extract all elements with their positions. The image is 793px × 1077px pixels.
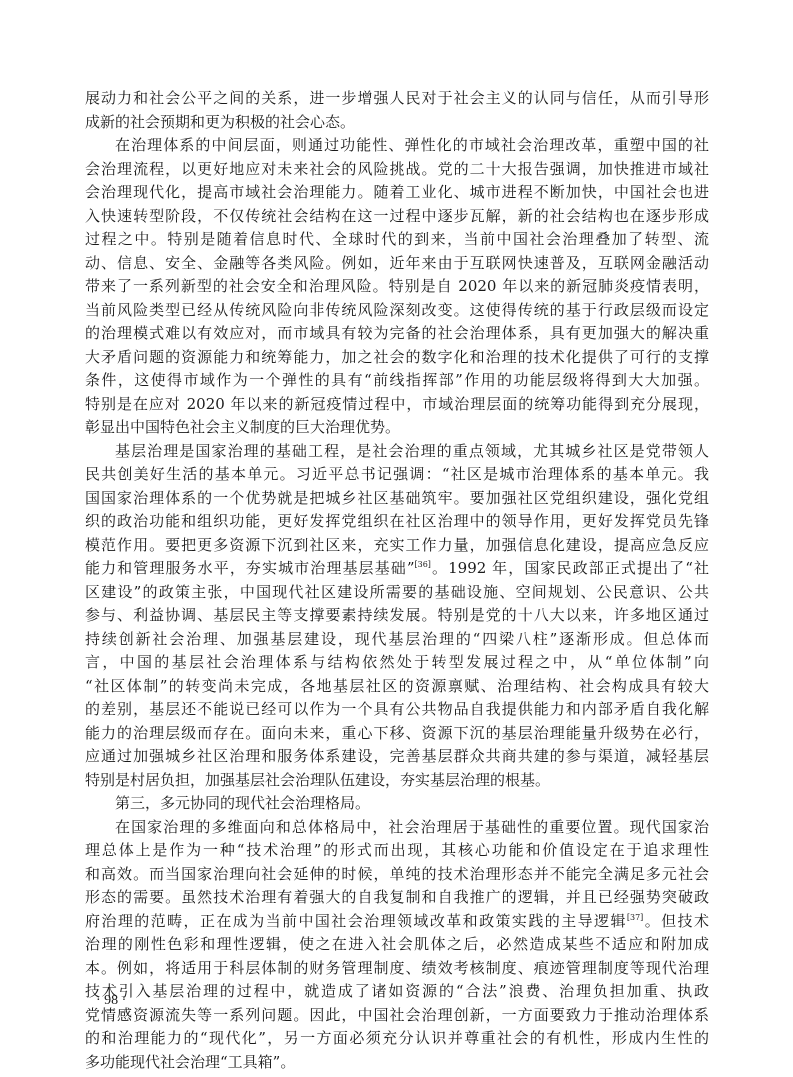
line-text: 会治理现代化，提高市域社会治理能力。随着工业化、城市进程不断加快，中国社会也进 — [85, 183, 709, 201]
line-text: 入快速转型阶段，不仅传统社会结构在这一过程中逐步瓦解，新的社会结构也在逐步形成 — [85, 207, 709, 225]
line-text: 大矛盾问题的资源能力和统筹能力，加之社会的数字化和治理的技术化提供了可行的支撑 — [85, 348, 709, 366]
line-text-tail: 。1992 年，国家民政部正式提出了“社 — [431, 559, 709, 577]
text-line: 应通过加强城乡社区治理和服务体系建设，完善基层群众共商共建的参与渠道，减轻基层 — [85, 745, 709, 769]
text-line: 多功能现代社会治理“工具箱”。 — [85, 1051, 709, 1075]
text-line: 过程之中。特别是随着信息时代、全球时代的到来，当前中国社会治理叠加了转型、流 — [85, 228, 709, 252]
text-line: 成新的社会预期和更为积极的社会心态。 — [85, 111, 709, 135]
page-number: · 98 · — [96, 993, 126, 1009]
text-line: 展动力和社会公平之间的关系，进一步增强人民对于社会主义的认同与信任，从而引导形 — [85, 87, 709, 111]
text-line: 在国家治理的多维面向和总体格局中，社会治理居于基础性的重要位置。现代国家治 — [85, 816, 709, 840]
line-text: 基层治理是国家治理的基础工程，是社会治理的重点领域，尤其城乡社区是党带领人 — [115, 442, 709, 460]
text-line: 会治理流程，以更好地应对未来社会的风险挑战。党的二十大报告强调，加快推进市域社 — [85, 158, 709, 182]
text-line: 党情感资源流失等一系列问题。因此，中国社会治理创新，一方面要致力于推动治理体系 — [85, 1004, 709, 1028]
line-text: 形态的需要。虽然技术治理有着强大的自我复制和自我推广的逻辑，并且已经强势突破政 — [85, 888, 709, 906]
line-text: 民共创美好生活的基本单元。习近平总书记强调：“社区是城市治理体系的基本单元。我 — [85, 465, 709, 483]
text-line: 的治理模式难以有效应对，而市域具有较为完备的社会治理体系，具有更加强大的解决重 — [85, 322, 709, 346]
line-text: 动、信息、安全、金融等各类风险。例如，近年来由于互联网快速普及，互联网金融活动 — [85, 254, 709, 272]
line-text: 特别是村居负担，加强基层社会治理队伍建设，夯实基层治理的根基。 — [85, 771, 550, 789]
text-line: 会治理现代化，提高市域社会治理能力。随着工业化、城市进程不断加快，中国社会也进 — [85, 181, 709, 205]
text-line: 本。例如，将适用于科层体制的财务管理制度、绩效考核制度、痕迹管理制度等现代治理 — [85, 957, 709, 981]
line-text: 彰显出中国特色社会主义制度的巨大治理优势。 — [85, 418, 400, 436]
line-text: 展动力和社会公平之间的关系，进一步增强人民对于社会主义的认同与信任，从而引导形 — [85, 89, 709, 107]
text-line: 彰显出中国特色社会主义制度的巨大治理优势。 — [85, 416, 709, 440]
text-line: 技术引入基层治理的过程中，就造成了诸如资源的“合法”浪费、治理负担加重、执政 — [85, 980, 709, 1004]
citation-marker: [36] — [415, 560, 431, 569]
text-line: 参与、利益协调、基层民主等支撑要素持续发展。特别是党的十八大以来，许多地区通过 — [85, 604, 709, 628]
line-text: 持续创新社会治理、加强基层建设，现代基层治理的“四梁八柱”逐渐形成。但总体而 — [85, 630, 709, 648]
text-line: 特别是村居负担，加强基层社会治理队伍建设，夯实基层治理的根基。 — [85, 769, 709, 793]
line-text: 特别是在应对 2020 年以来的新冠疫情过程中，市域治理层面的统筹功能得到充分展… — [85, 395, 709, 413]
line-text-tail: 。但技术 — [643, 912, 709, 930]
line-text: 过程之中。特别是随着信息时代、全球时代的到来，当前中国社会治理叠加了转型、流 — [85, 230, 709, 248]
text-line: 的和治理能力的“现代化”，另一方面必须充分认识并尊重社会的有机性，形成内生性的 — [85, 1027, 709, 1051]
line-text: 成新的社会预期和更为积极的社会心态。 — [85, 113, 355, 131]
text-line: “社区体制”的转变尚未完成，各地基层社区的资源禀赋、治理结构、社会构成具有较大 — [85, 675, 709, 699]
line-text: 条件，这使得市域作为一个弹性的具有“前线指挥部”作用的功能层级将得到大大加强。 — [85, 371, 709, 389]
text-line: 带来了一系列新型的社会安全和治理风险。特别是自 2020 年以来的新冠肺炎疫情表… — [85, 275, 709, 299]
text-line: 模范作用。要把更多资源下沉到社区来，充实工作力量，加强信息化建设，提高应急反应 — [85, 534, 709, 558]
text-line: 当前风险类型已经从传统风险向非传统风险深刻改变。这使得传统的基于行政层级而设定 — [85, 299, 709, 323]
text-line: 基层治理是国家治理的基础工程，是社会治理的重点领域，尤其城乡社区是党带领人 — [85, 440, 709, 464]
text-line: 形态的需要。虽然技术治理有着强大的自我复制和自我推广的逻辑，并且已经强势突破政 — [85, 886, 709, 910]
line-text: 能力的治理层级而存在。面向未来，重心下移、资源下沉的基层治理能量升级势在必行， — [85, 724, 709, 742]
text-line: 在治理体系的中间层面，则通过功能性、弹性化的市域社会治理改革，重塑中国的社 — [85, 134, 709, 158]
line-text: 模范作用。要把更多资源下沉到社区来，充实工作力量，加强信息化建设，提高应急反应 — [85, 536, 709, 554]
line-text: 本。例如，将适用于科层体制的财务管理制度、绩效考核制度、痕迹管理制度等现代治理 — [85, 959, 709, 977]
text-line: 府治理的范畴，正在成为当前中国社会治理领域改革和政策实践的主导逻辑[37]。但技… — [85, 910, 709, 934]
text-line: 治理的刚性色彩和理性逻辑，使之在进入社会肌体之后，必然造成某些不适应和附加成 — [85, 933, 709, 957]
line-text: 和高效。而当国家治理向社会延伸的时候，单纯的技术治理形态并不能完全满足多元社会 — [85, 865, 709, 883]
text-line: 区建设”的政策主张，中国现代社区建设所需要的基础设施、空间规划、公民意识、公共 — [85, 581, 709, 605]
line-text: 国国家治理体系的一个优势就是把城乡社区基础筑牢。要加强社区党组织建设，强化党组 — [85, 489, 709, 507]
line-text: 应通过加强城乡社区治理和服务体系建设，完善基层群众共商共建的参与渠道，减轻基层 — [85, 747, 709, 765]
line-text: 当前风险类型已经从传统风险向非传统风险深刻改变。这使得传统的基于行政层级而设定 — [85, 301, 709, 319]
line-text: 会治理流程，以更好地应对未来社会的风险挑战。党的二十大报告强调，加快推进市域社 — [85, 160, 709, 178]
text-line: 入快速转型阶段，不仅传统社会结构在这一过程中逐步瓦解，新的社会结构也在逐步形成 — [85, 205, 709, 229]
line-text: 织的政治功能和组织功能，更好发挥党组织在社区治理中的领导作用，更好发挥党员先锋 — [85, 512, 709, 530]
text-line: 动、信息、安全、金融等各类风险。例如，近年来由于互联网快速普及，互联网金融活动 — [85, 252, 709, 276]
line-text: 的差别，基层还不能说已经可以作为一个具有公共物品自我提供能力和内部矛盾自我化解 — [85, 700, 709, 718]
line-text: 第三，多元协同的现代社会治理格局。 — [115, 794, 370, 812]
line-text: 理总体上是作为一种“技术治理”的形式而出现，其核心功能和价值设定在于追求理性 — [85, 841, 709, 859]
line-text: 言，中国的基层社会治理体系与结构依然处于转型发展过程之中，从“单位体制”向 — [85, 653, 709, 671]
line-text: 参与、利益协调、基层民主等支撑要素持续发展。特别是党的十八大以来，许多地区通过 — [85, 606, 709, 624]
line-text: 带来了一系列新型的社会安全和治理风险。特别是自 2020 年以来的新冠肺炎疫情表… — [85, 277, 709, 295]
text-line: 能力的治理层级而存在。面向未来，重心下移、资源下沉的基层治理能量升级势在必行， — [85, 722, 709, 746]
line-text: 治理的刚性色彩和理性逻辑，使之在进入社会肌体之后，必然造成某些不适应和附加成 — [85, 935, 709, 953]
text-line: 理总体上是作为一种“技术治理”的形式而出现，其核心功能和价值设定在于追求理性 — [85, 839, 709, 863]
citation-marker: [37] — [627, 913, 643, 922]
text-line: 大矛盾问题的资源能力和统筹能力，加之社会的数字化和治理的技术化提供了可行的支撑 — [85, 346, 709, 370]
line-text: 区建设”的政策主张，中国现代社区建设所需要的基础设施、空间规划、公民意识、公共 — [85, 583, 709, 601]
text-line: 特别是在应对 2020 年以来的新冠疫情过程中，市域治理层面的统筹功能得到充分展… — [85, 393, 709, 417]
line-text: 在治理体系的中间层面，则通过功能性、弹性化的市域社会治理改革，重塑中国的社 — [115, 136, 709, 154]
text-line: 言，中国的基层社会治理体系与结构依然处于转型发展过程之中，从“单位体制”向 — [85, 651, 709, 675]
line-text: 党情感资源流失等一系列问题。因此，中国社会治理创新，一方面要致力于推动治理体系 — [85, 1006, 709, 1024]
text-line: 条件，这使得市域作为一个弹性的具有“前线指挥部”作用的功能层级将得到大大加强。 — [85, 369, 709, 393]
text-line: 能力和管理服务水平，夯实城市治理基层基础”[36]。1992 年，国家民政部正式… — [85, 557, 709, 581]
text-line: 国国家治理体系的一个优势就是把城乡社区基础筑牢。要加强社区党组织建设，强化党组 — [85, 487, 709, 511]
line-text: 技术引入基层治理的过程中，就造成了诸如资源的“合法”浪费、治理负担加重、执政 — [85, 982, 709, 1000]
text-line: 持续创新社会治理、加强基层建设，现代基层治理的“四梁八柱”逐渐形成。但总体而 — [85, 628, 709, 652]
text-line: 民共创美好生活的基本单元。习近平总书记强调：“社区是城市治理体系的基本单元。我 — [85, 463, 709, 487]
text-line: 第三，多元协同的现代社会治理格局。 — [85, 792, 709, 816]
line-text: “社区体制”的转变尚未完成，各地基层社区的资源禀赋、治理结构、社会构成具有较大 — [85, 677, 709, 695]
text-line: 的差别，基层还不能说已经可以作为一个具有公共物品自我提供能力和内部矛盾自我化解 — [85, 698, 709, 722]
text-line: 和高效。而当国家治理向社会延伸的时候，单纯的技术治理形态并不能完全满足多元社会 — [85, 863, 709, 887]
line-text: 的和治理能力的“现代化”，另一方面必须充分认识并尊重社会的有机性，形成内生性的 — [85, 1029, 709, 1047]
text-line: 织的政治功能和组织功能，更好发挥党组织在社区治理中的领导作用，更好发挥党员先锋 — [85, 510, 709, 534]
line-text: 在国家治理的多维面向和总体格局中，社会治理居于基础性的重要位置。现代国家治 — [115, 818, 709, 836]
line-text: 能力和管理服务水平，夯实城市治理基层基础” — [85, 559, 415, 577]
line-text: 府治理的范畴，正在成为当前中国社会治理领域改革和政策实践的主导逻辑 — [85, 912, 627, 930]
document-page: 展动力和社会公平之间的关系，进一步增强人民对于社会主义的认同与信任，从而引导形成… — [85, 87, 709, 1074]
line-text: 的治理模式难以有效应对，而市域具有较为完备的社会治理体系，具有更加强大的解决重 — [85, 324, 709, 342]
line-text: 多功能现代社会治理“工具箱”。 — [85, 1053, 295, 1071]
